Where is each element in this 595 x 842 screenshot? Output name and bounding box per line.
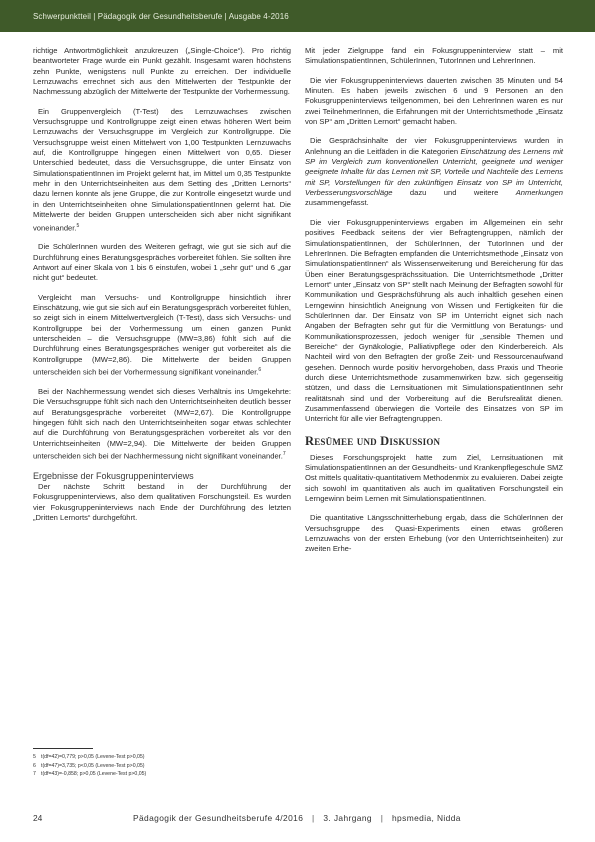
left-column: richtige Antwortmöglichkeit anzukreuzen … bbox=[33, 46, 291, 523]
footnote: 5t(df=42)=0,779; p>0,05 (Levene-Test p>0… bbox=[33, 753, 291, 762]
footnote-ref: 6 bbox=[258, 367, 261, 373]
footnote-ref: 5 bbox=[77, 223, 80, 229]
paragraph: Die vier Fokusgruppeninterviews ergaben … bbox=[305, 218, 563, 425]
paragraph: Mit jeder Zielgruppe fand ein Fokusgrupp… bbox=[305, 46, 563, 67]
running-header-bar: Schwerpunktteil | Pädagogik der Gesundhe… bbox=[0, 0, 595, 32]
section-title: Resümee und Diskussion bbox=[305, 434, 563, 448]
right-column: Mit jeder Zielgruppe fand ein Fokusgrupp… bbox=[305, 46, 563, 555]
subheading: Ergebnisse der Fokusgruppeninterviews bbox=[33, 471, 291, 482]
paragraph: Bei der Nachhermessung wendet sich diese… bbox=[33, 387, 291, 462]
footer-separator: | bbox=[381, 813, 384, 823]
page-number: 24 bbox=[33, 813, 42, 823]
footnotes: 5t(df=42)=0,779; p>0,05 (Levene-Test p>0… bbox=[33, 753, 291, 779]
paragraph: Die SchülerInnen wurden des Weiteren gef… bbox=[33, 242, 291, 283]
footer-citation: Pädagogik der Gesundheitsberufe 4/2016 |… bbox=[133, 813, 461, 823]
footer-separator: | bbox=[312, 813, 315, 823]
publisher: hpsmedia, Nidda bbox=[392, 813, 461, 823]
running-header-title: Schwerpunktteil | Pädagogik der Gesundhe… bbox=[33, 12, 289, 21]
volume: 3. Jahrgang bbox=[323, 813, 372, 823]
page-footer: 24 Pädagogik der Gesundheitsberufe 4/201… bbox=[0, 808, 595, 828]
paragraph: richtige Antwortmöglichkeit anzukreuzen … bbox=[33, 46, 291, 98]
journal-name: Pädagogik der Gesundheitsberufe 4/2016 bbox=[133, 813, 303, 823]
footnote: 6t(df=47)=3,735; p<0,05 (Levene-Test p>0… bbox=[33, 762, 291, 771]
paragraph: Ein Gruppenvergleich (T-Test) des Lernzu… bbox=[33, 107, 291, 234]
paragraph: Die quantitative Längsschnitterhebung er… bbox=[305, 513, 563, 554]
paragraph: Der nächste Schritt bestand in der Durch… bbox=[33, 482, 291, 523]
footnote-ref: 7 bbox=[283, 451, 286, 457]
footnote: 7t(df=43)=-0,858; p>0,05 (Levene-Test p>… bbox=[33, 770, 291, 779]
paragraph: Die vier Fokusgruppeninterviews dauerten… bbox=[305, 76, 563, 128]
paragraph: Dieses Forschungsprojekt hatte zum Ziel,… bbox=[305, 453, 563, 505]
paragraph: Vergleicht man Versuchs- und Kontrollgru… bbox=[33, 293, 291, 378]
footnote-divider bbox=[33, 748, 93, 749]
paragraph: Die Gesprächsinhalte der vier Fokusgrupp… bbox=[305, 136, 563, 208]
